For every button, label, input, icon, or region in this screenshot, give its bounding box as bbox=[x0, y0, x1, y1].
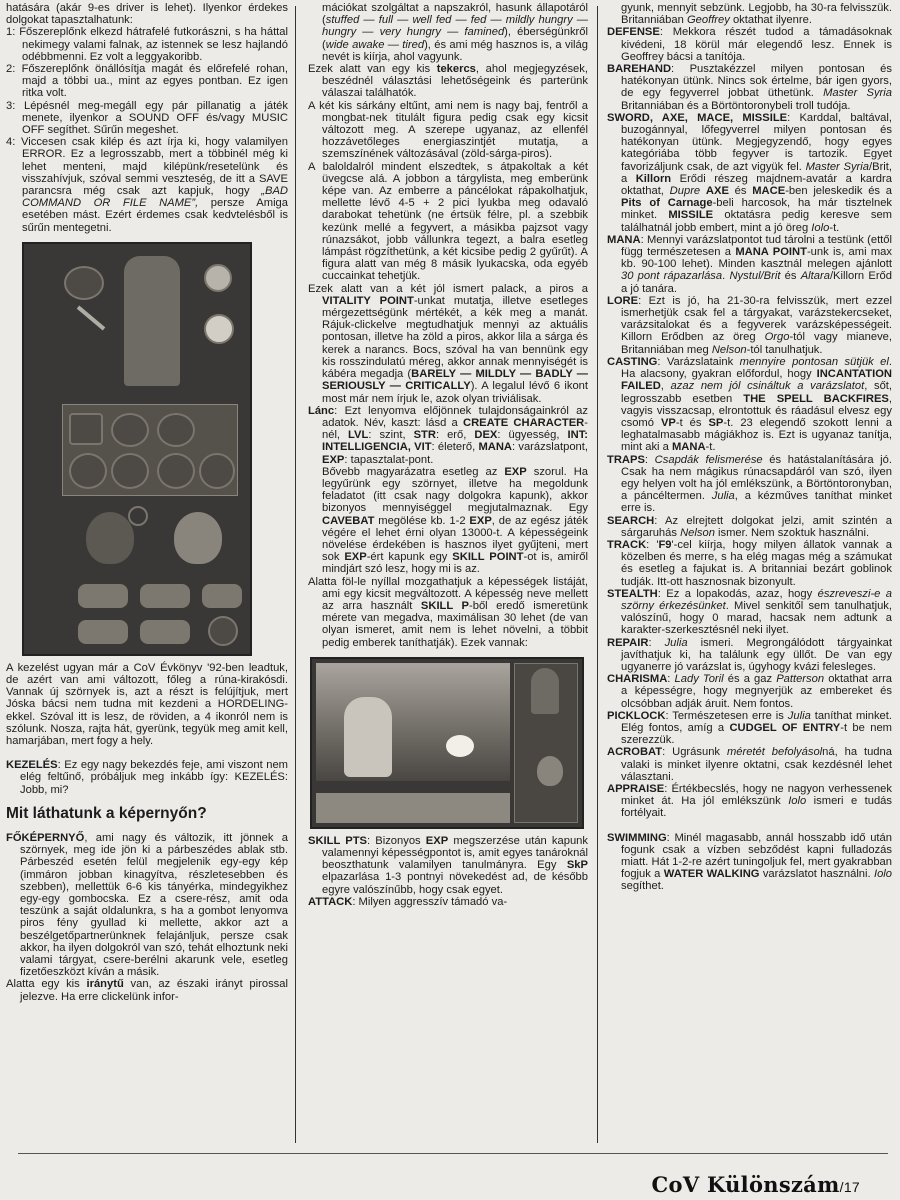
attack-paragraph: ATTACK: Milyen aggresszív támadó va- bbox=[308, 896, 588, 908]
lore-paragraph: LORE: Ezt is jó, ha 21-30-ra felvisszük,… bbox=[607, 295, 892, 356]
track-paragraph: TRACK: 'F9'-cel kiírja, hogy milyen álla… bbox=[607, 539, 892, 588]
body-paragraph: A kezelést ugyan már a CoV Évkönyv '92-b… bbox=[6, 662, 288, 747]
slot-icon bbox=[111, 453, 149, 489]
mouth-icon bbox=[78, 620, 128, 644]
body-paragraph: A két kis sárkány eltűnt, ami nem is nag… bbox=[308, 100, 588, 161]
dungeon-scene bbox=[316, 663, 510, 781]
lantern-icon bbox=[204, 264, 232, 292]
magazine-title: CoV Különszám bbox=[652, 1172, 840, 1197]
inventory-grid bbox=[62, 404, 238, 496]
skill-list-paragraph: Alatta föl-le nyíllal mozgathatjuk a kép… bbox=[308, 576, 588, 649]
slot-icon bbox=[157, 453, 195, 489]
search-paragraph: SEARCH: Az elrejtett dolgokat jelzi, ami… bbox=[607, 515, 892, 539]
column-2: mációkat szolgáltat a napszakról, hasunk… bbox=[308, 2, 588, 908]
attack-continued: gyunk, mennyit sebzünk. Legjobb, ha 30-r… bbox=[607, 2, 892, 26]
list-item: 1: Főszereplőnk elkezd hátrafelé futkorá… bbox=[6, 26, 288, 63]
slot-icon bbox=[69, 453, 107, 489]
mana-flask-icon bbox=[174, 512, 222, 564]
slot-icon bbox=[111, 413, 149, 447]
body-paragraph: mációkat szolgáltat a napszakról, hasunk… bbox=[308, 2, 588, 63]
barehand-paragraph: BAREHAND: Pusztakézzel milyen pontosan é… bbox=[607, 63, 892, 112]
column-3: gyunk, mennyit sebzünk. Legjobb, ha 30-r… bbox=[607, 2, 892, 893]
fokepernyo-paragraph: FŐKÉPERNYŐ, ami nagy és változik, itt jö… bbox=[6, 832, 288, 978]
game-view-screenshot bbox=[310, 657, 584, 829]
column-divider bbox=[597, 6, 598, 1143]
defense-paragraph: DEFENSE: Mekkora részét tudod a támadáso… bbox=[607, 26, 892, 63]
mana-flask-icon bbox=[537, 756, 563, 786]
slot-icon bbox=[199, 453, 235, 489]
tekercs-paragraph: Ezek alatt van egy kis tekercs, ahol meg… bbox=[308, 63, 588, 100]
charisma-paragraph: CHARISMA: Lady Toril és a gaz Patterson … bbox=[607, 673, 892, 710]
sword-paragraph: SWORD, AXE, MACE, MISSILE: Karddal, balt… bbox=[607, 112, 892, 234]
casting-paragraph: CASTING: Varázslataink mennyire pontosan… bbox=[607, 356, 892, 454]
body-paragraph: A baloldalról mindent elszedtek, s átpak… bbox=[308, 161, 588, 283]
page-footer: CoV Különszám/17 bbox=[652, 1172, 861, 1197]
list-item: 2: Főszereplőnk önállósítja magát és elő… bbox=[6, 63, 288, 100]
options-icon bbox=[208, 616, 238, 646]
list-item: 3: Lépésnél meg-megáll egy pár pillanati… bbox=[6, 100, 288, 137]
repair-paragraph: REPAIR: Julia ismeri. Megrongálódott tár… bbox=[607, 637, 892, 674]
appraise-paragraph: APPRAISE: Értékbecslés, hogy ne nagyon v… bbox=[607, 783, 892, 820]
message-scroll bbox=[316, 793, 510, 823]
section-heading: Mit láthatunk a képernyőn? bbox=[6, 805, 288, 823]
picklock-paragraph: PICKLOCK: Természetesen erre is Julia ta… bbox=[607, 710, 892, 747]
stealth-paragraph: STEALTH: Ez a lopakodás, azaz, hogy észr… bbox=[607, 588, 892, 637]
list-item: 4: Viccesen csak kilép és azt írja ki, h… bbox=[6, 136, 288, 234]
character-figure-icon bbox=[531, 668, 559, 714]
slot-icon bbox=[157, 413, 195, 447]
traps-paragraph: TRAPS: Csapdák felismerése és hatástalan… bbox=[607, 454, 892, 515]
iranytu-paragraph: Alatta egy kis iránytű van, az északi ir… bbox=[6, 978, 288, 1002]
hand-icon bbox=[78, 584, 128, 608]
page-number: /17 bbox=[840, 1179, 860, 1195]
troll-monster-icon bbox=[344, 697, 392, 777]
character-figure-icon bbox=[124, 256, 180, 386]
light-icon bbox=[446, 735, 474, 757]
footer-rule bbox=[18, 1153, 888, 1154]
side-panel bbox=[514, 663, 578, 823]
swimming-paragraph: SWIMMING: Minél magasabb, annál hosszabb… bbox=[607, 832, 892, 893]
slot-icon bbox=[64, 266, 104, 300]
column-1: hatására (akár 9-es driver is lehet). Il… bbox=[6, 2, 288, 1003]
column-divider bbox=[295, 6, 296, 1143]
vitality-flask-icon bbox=[86, 512, 134, 564]
vitality-paragraph: Ezek alatt van a két jól ismert palack, … bbox=[308, 283, 588, 405]
chain-icon bbox=[128, 506, 148, 526]
mana-paragraph: MANA: Mennyi varázslatpontot tud tárolni… bbox=[607, 234, 892, 295]
eye-icon bbox=[140, 620, 190, 644]
lanc-paragraph: Lánc: Ezt lenyomva előjönnek tulajdonság… bbox=[308, 405, 588, 466]
intro-paragraph: hatására (akár 9-es driver is lehet). Il… bbox=[6, 2, 288, 26]
slot-icon bbox=[69, 413, 103, 445]
compass-icon bbox=[204, 314, 234, 344]
inventory-screenshot bbox=[22, 242, 252, 656]
acrobat-paragraph: ACROBAT: Ugrásunk méretét befolyásolná, … bbox=[607, 746, 892, 783]
exp-paragraph: Bővebb magyarázatra esetleg az EXP szoru… bbox=[308, 466, 588, 576]
skillpts-paragraph: SKILL PTS: Bizonyos EXP megszerzése után… bbox=[308, 835, 588, 896]
hand-icon bbox=[140, 584, 190, 608]
kezeles-paragraph: KEZELÉS: Ez egy nagy bekezdés feje, ami … bbox=[6, 759, 288, 796]
hand-icon bbox=[202, 584, 242, 608]
sword-icon bbox=[77, 305, 106, 330]
